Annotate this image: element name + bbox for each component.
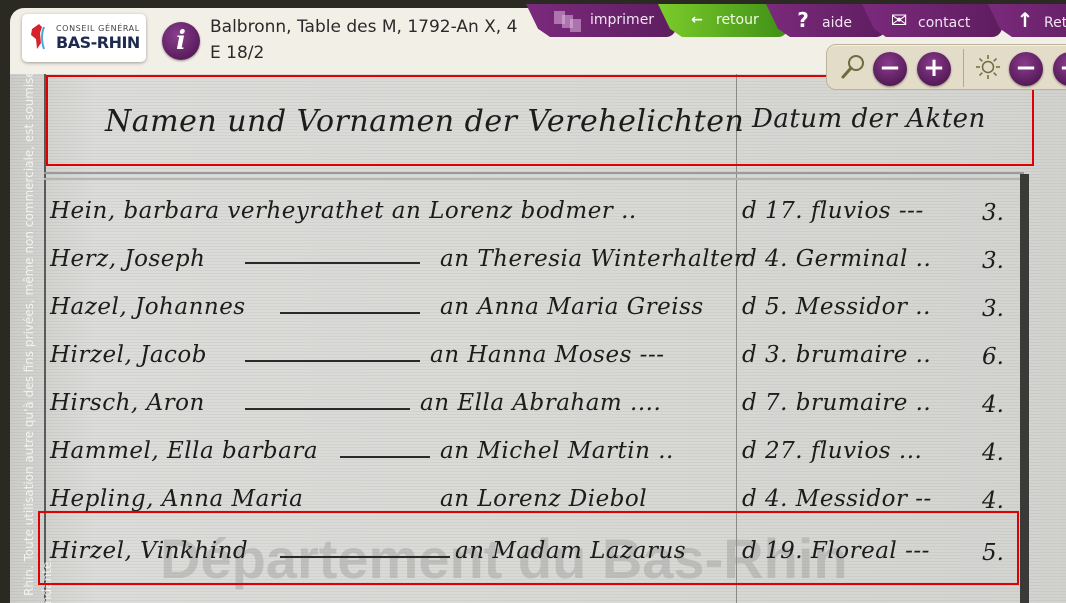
- header-rule-2: [44, 178, 1024, 180]
- right-margin-rule: [1020, 174, 1029, 603]
- print-icon: [554, 9, 584, 31]
- print-button[interactable]: imprimer: [526, 4, 676, 37]
- magnifier-icon: [839, 53, 867, 81]
- help-icon: ?: [790, 4, 816, 37]
- nav-bar: imprimer ←retour ?aide ✉contact ↑Retour: [526, 4, 1066, 37]
- sun-icon: [975, 54, 1001, 80]
- envelope-icon: ✉: [886, 4, 912, 37]
- bas-rhin-logo-icon: [30, 23, 48, 51]
- bas-rhin-logo[interactable]: CONSEIL GÉNÉRAL BAS-RHIN: [22, 14, 146, 62]
- arrow-up-icon: ↑: [1012, 4, 1038, 37]
- controls-divider: [963, 49, 964, 87]
- arrow-left-icon: ←: [684, 4, 710, 37]
- viewer-controls: − + − +: [826, 44, 1066, 90]
- info-icon[interactable]: i: [162, 22, 200, 60]
- highlight-record-row: [38, 511, 1019, 585]
- zoom-in-button[interactable]: +: [917, 52, 951, 86]
- contact-button[interactable]: ✉contact: [862, 4, 1002, 37]
- usage-notice: Rhin. Toute utilisation autre qu'à des f…: [22, 74, 36, 596]
- brightness-up-button[interactable]: +: [1053, 52, 1066, 86]
- document-title: Balbronn, Table des M, 1792-An X, 4 E 18…: [210, 14, 517, 66]
- zoom-out-button[interactable]: −: [873, 52, 907, 86]
- brightness-down-button[interactable]: −: [1009, 52, 1043, 86]
- header-rule: [44, 172, 1024, 174]
